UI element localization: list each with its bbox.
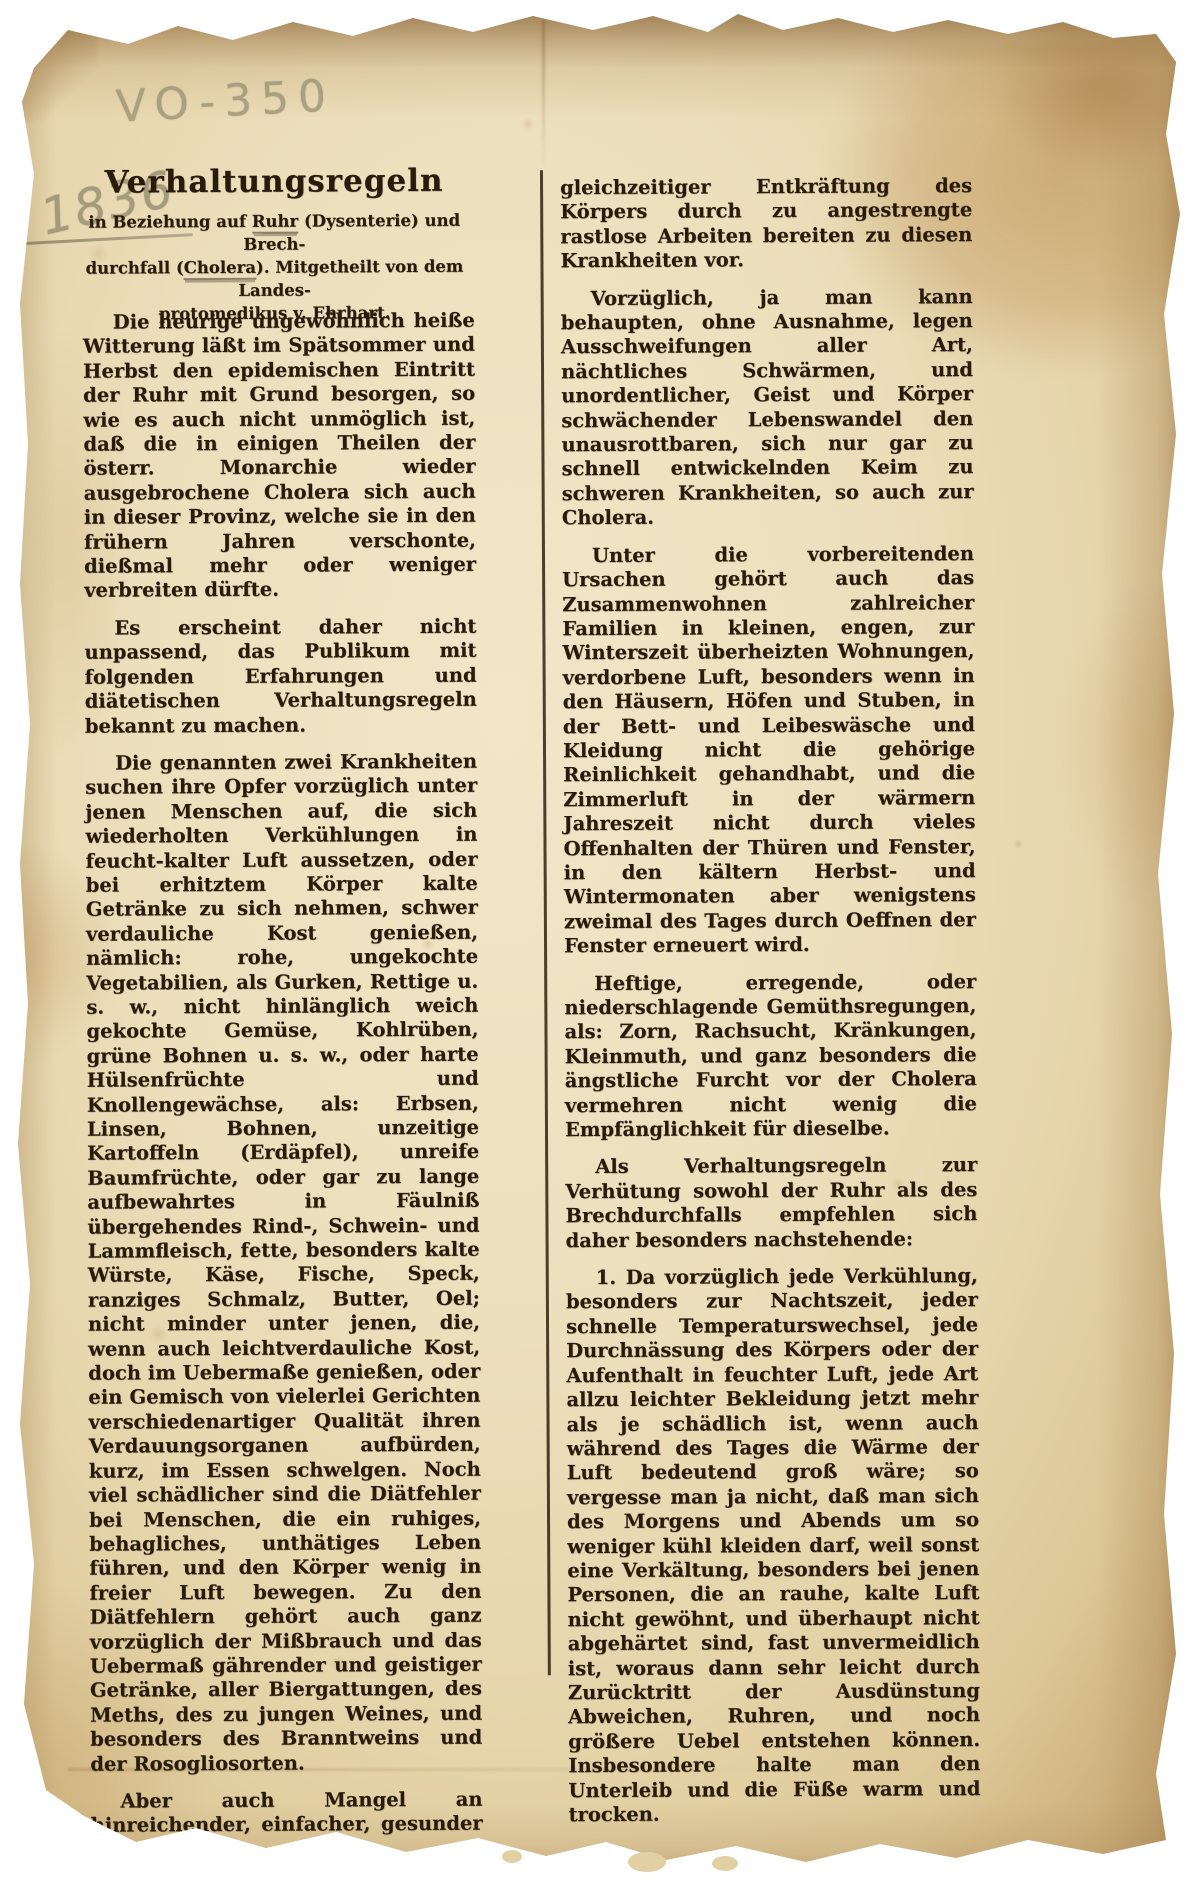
body-paragraph: Die heurige ungewöhnlich heiße Witterung… [83,309,477,604]
subtitle-text: in Beziehung auf [88,212,251,232]
body-paragraph: Vorzüglich, ja man kann behaupten, ohne … [561,285,974,531]
body-paragraph: gleichzeitiger Entkräftung des Körpers d… [560,174,973,274]
subtitle-line: durchfall (Cholera). Mitgetheilt von dem… [74,255,474,303]
subtitle-text: ). Mitgetheilt von dem Landes- [238,257,463,300]
body-paragraph: Als Verhaltungsregeln zur Verhütung sowo… [565,1153,978,1253]
paper-fragment [628,1852,666,1872]
subtitle-text: durchfall ( [86,258,184,278]
subtitle-line: in Beziehung auf Ruhr (Dysenterie) und B… [74,209,474,257]
paper-fragment [712,1856,738,1871]
body-paragraph: Aber auch Mangel an hinreichender, einfa… [90,1788,482,1863]
masthead: Verhaltungsregeln in Beziehung auf Ruhr … [74,163,475,326]
document-page: VO-350 1836 Verhaltungsregeln in Beziehu… [8,4,1192,1872]
pencil-underlined-word: Ruhr [252,212,299,234]
pencil-underlined-word: Cholera [184,258,256,280]
body-paragraph: Heftige, erregende, oder niederschlagend… [564,970,977,1143]
body-paragraph: Unter die vorbereitenden Ursachen gehört… [562,542,976,959]
body-paragraph: 1. Da vorzüglich jede Verkühlung, besond… [566,1264,981,1827]
right-column: gleichzeitiger Entkräftung des Körpers d… [560,174,981,1841]
left-column: Die heurige ungewöhnlich heiße Witterung… [83,309,483,1876]
body-paragraph: Die genannten zwei Krankheiten suchen ih… [85,750,482,1777]
page-title: Verhaltungsregeln [74,163,474,201]
printed-content: Verhaltungsregeln in Beziehung auf Ruhr … [3,1,1197,1875]
body-paragraph: Es erscheint daher nicht unpassend, das … [84,615,477,739]
column-divider-rule [540,170,550,1675]
paper-fragment [502,1850,522,1863]
scan-background: VO-350 1836 Verhaltungsregeln in Beziehu… [0,0,1200,1898]
